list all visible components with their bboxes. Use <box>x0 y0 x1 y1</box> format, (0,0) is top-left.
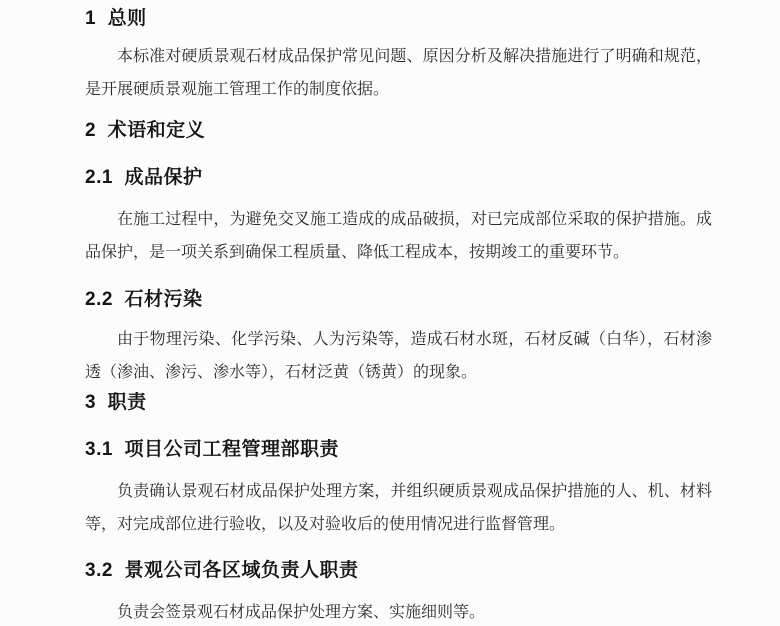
para-landscape-company-regional: 负责会签景观石材成品保护处理方案、实施细则等。 <box>85 597 712 626</box>
document-page: 1 总则 本标准对硬质景观石材成品保护常见问题、原因分析及解决措施进行了明确和规… <box>0 0 780 626</box>
para-finished-product-protection: 在施工过程中，为避免交叉施工造成的成品破损，对已完成部位采取的保护措施。成品保护… <box>85 204 712 269</box>
heading-project-company-eng-dept: 3.1 项目公司工程管理部职责 <box>85 439 712 461</box>
heading-responsibilities: 3 职责 <box>85 392 712 414</box>
heading-landscape-company-regional: 3.2 景观公司各区域负责人职责 <box>85 560 712 582</box>
heading-stone-pollution: 2.2 石材污染 <box>85 289 712 311</box>
heading-general-rules: 1 总则 <box>85 8 712 30</box>
heading-finished-product-protection: 2.1 成品保护 <box>85 167 712 189</box>
heading-terms-and-definitions: 2 术语和定义 <box>85 120 712 142</box>
para-general-rules: 本标准对硬质景观石材成品保护常见问题、原因分析及解决措施进行了明确和规范，是开展… <box>85 41 712 106</box>
para-project-company-eng-dept: 负责确认景观石材成品保护处理方案，并组织硬质景观成品保护措施的人、机、材料等，对… <box>85 476 712 541</box>
para-stone-pollution: 由于物理污染、化学污染、人为污染等，造成石材水斑，石材反碱（白华），石材渗透（渗… <box>85 324 712 389</box>
